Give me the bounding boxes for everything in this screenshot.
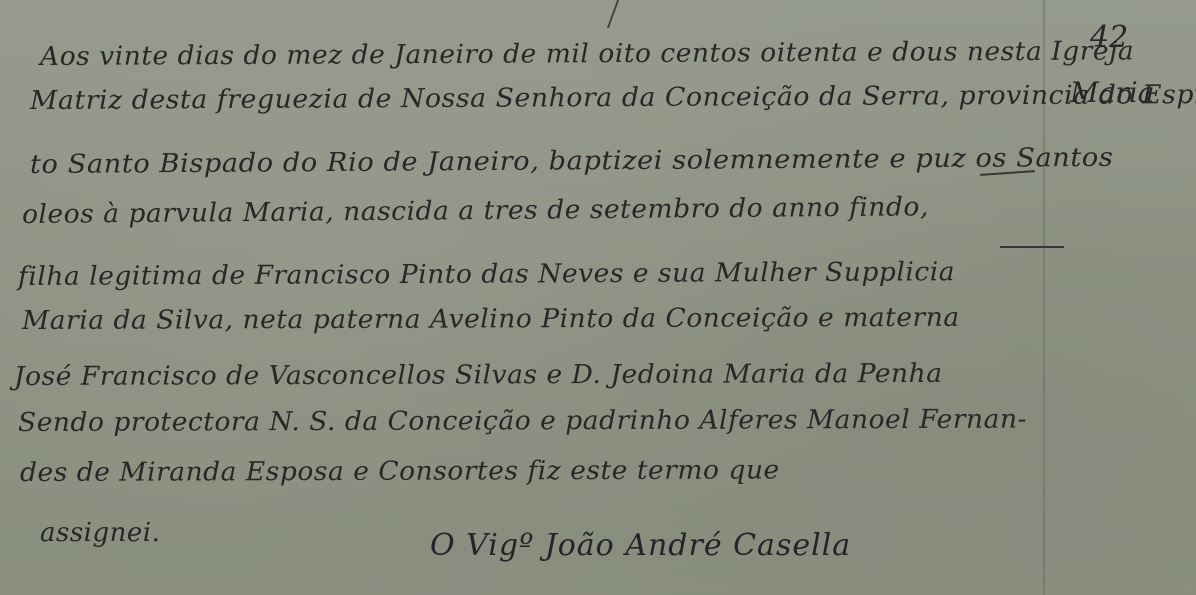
document-page: Aos vinte dias do mez de Janeiro de mil … [0, 0, 1196, 595]
record-line-7: José Francisco de Vasconcellos Silvas e … [14, 359, 943, 392]
record-line-3: to Santo Bispado do Rio de Janeiro, bapt… [30, 143, 1114, 180]
record-line-6: Maria da Silva, neta paterna Avelino Pin… [22, 303, 960, 336]
record-line-1: Aos vinte dias do mez de Janeiro de mil … [40, 36, 1134, 72]
pen-stroke [607, 0, 633, 28]
record-line-10: assignei. [40, 518, 160, 548]
record-line-5: filha legitima de Francisco Pinto das Ne… [18, 257, 955, 292]
margin-name: Maria [1070, 76, 1154, 109]
record-line-2: Matriz desta freguezia de Nossa Senhora … [30, 80, 1196, 116]
record-line-8: Sendo protectora N. S. da Conceição e pa… [18, 405, 1027, 438]
record-number: 42 [1090, 20, 1128, 55]
priest-signature: O Vigº João André Casella [430, 528, 851, 563]
line-filler-dash [1000, 246, 1064, 248]
record-line-9: des de Miranda Esposa e Consortes fiz es… [20, 455, 780, 488]
record-line-4: oleos à parvula Maria, nascida a tres de… [22, 192, 929, 230]
